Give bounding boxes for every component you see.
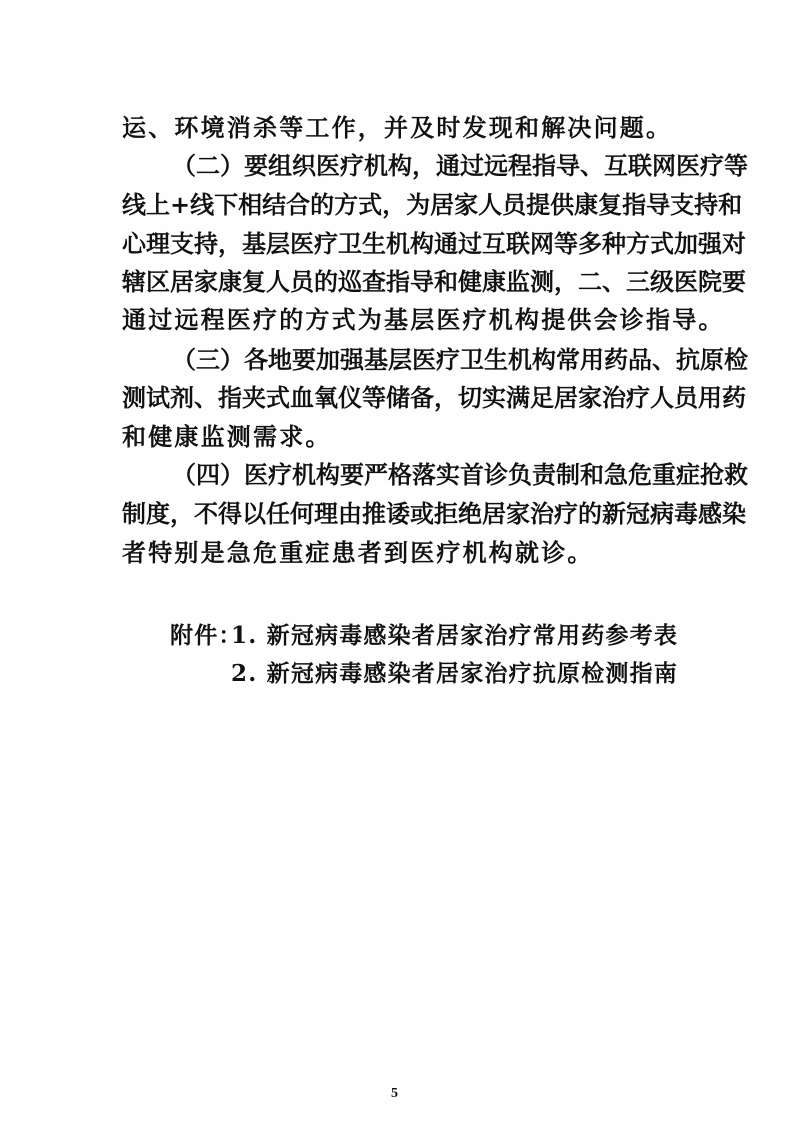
paragraph-line: 辖区居家康复人员的巡查指导和健康监测，二、三级医院要 xyxy=(122,268,682,296)
paragraph-line: 心理支持，基层医疗卫生机构通过互联网等多种方式加强对 xyxy=(122,230,682,258)
paragraph-line: 测试剂、指夹式血氧仪等储备，切实满足居家治疗人员用药 xyxy=(122,384,682,412)
paragraph-line: （三）各地要加强基层医疗卫生机构常用药品、抗原检 xyxy=(172,346,682,374)
paragraph-line: 者特别是急危重症患者到医疗机构就诊。 xyxy=(122,539,682,567)
page-number: 5 xyxy=(391,1086,398,1102)
attachment-item: 1. 新冠病毒感染者居家治疗常用药参考表 xyxy=(231,622,678,650)
paragraph-line: 线上+线下相结合的方式，为居家人员提供康复指导支持和 xyxy=(122,191,682,219)
paragraph-line: 运、环境消杀等工作，并及时发现和解决问题。 xyxy=(122,114,682,142)
paragraph-line: 通过远程医疗的方式为基层医疗机构提供会诊指导。 xyxy=(122,306,682,334)
paragraph-line: （二）要组织医疗机构，通过远程指导、互联网医疗等 xyxy=(172,152,682,180)
document-page: 运、环境消杀等工作，并及时发现和解决问题。 （二）要组织医疗机构，通过远程指导、… xyxy=(0,0,793,1122)
attachment-item: 2. 新冠病毒感染者居家治疗抗原检测指南 xyxy=(231,660,678,688)
paragraph-line: 和健康监测需求。 xyxy=(122,423,682,451)
paragraph-line: 制度，不得以任何理由推诿或拒绝居家治疗的新冠病毒感染 xyxy=(122,500,682,528)
paragraph-line: （四）医疗机构要严格落实首诊负责制和急危重症抢救 xyxy=(172,461,682,489)
